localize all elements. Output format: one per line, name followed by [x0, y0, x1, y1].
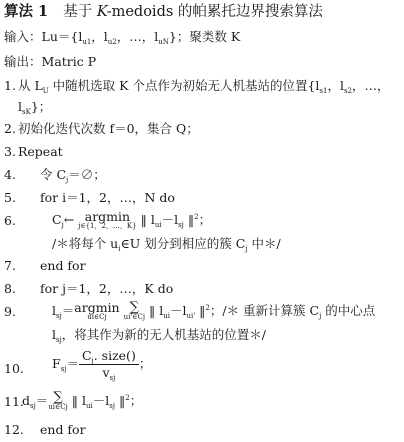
sub: sj: [109, 402, 115, 410]
sum-bottom: ui'∈Cj: [124, 313, 145, 321]
sub: uN: [158, 38, 169, 46]
step-text: for i＝1，2，…，N do: [40, 190, 175, 206]
denominator: vsj: [79, 365, 139, 381]
comment: ∈U 划分到相应的簇 C: [121, 236, 246, 251]
step-number: 5.: [4, 190, 16, 206]
sum-operator: ∑ui'∈Cj: [124, 302, 145, 321]
output-line: 输出：Matric P: [4, 54, 96, 70]
step-text: ‖ l: [141, 212, 155, 227]
step-number: 1.: [4, 78, 16, 94]
step-text: ‖ l: [149, 303, 163, 318]
input-text: ，…，l: [117, 29, 159, 44]
sum-operator: ∑ui∈Cj: [48, 392, 67, 411]
sub: ui: [163, 312, 170, 320]
step-text: ，l: [327, 78, 344, 93]
input-text: }；聚类数 K: [169, 29, 240, 44]
step-number: 12.: [4, 422, 24, 438]
numerator-text: . size(): [94, 348, 136, 363]
step-number: 6.: [4, 213, 16, 229]
step-number: 10.: [4, 361, 24, 377]
algorithm-title: 算法 1 基于 K-medoids 的帕累托边界搜索算法: [4, 4, 323, 20]
output-label: 输出：: [4, 54, 42, 69]
op-top: argmin: [74, 302, 119, 313]
sub: ui: [155, 221, 162, 229]
step-text: ；: [130, 393, 143, 408]
op-top: argmin: [78, 211, 136, 222]
numerator: Cj. size(): [79, 348, 139, 365]
step-text: 初始化迭代次数 f＝0，集合 Q；: [18, 121, 199, 137]
step-text: －l: [170, 303, 187, 318]
step-text: end for: [40, 258, 86, 274]
sub: sK: [22, 108, 31, 116]
sub: sj: [178, 221, 184, 229]
denominator-text: v: [102, 365, 109, 380]
op-bottom: j∈{1，2，…，K}: [78, 222, 136, 230]
argmin-operator: argminj∈{1，2，…，K}: [78, 211, 136, 230]
step-text: －l: [162, 212, 179, 227]
step-text: ，…，: [352, 78, 390, 93]
step-text: 从 L: [18, 78, 43, 93]
numerator-text: C: [82, 348, 92, 363]
step-text: ‖ l: [72, 393, 86, 408]
step-text: 中随机选取 K 个点作为初始无人机基站的位置{l: [49, 78, 320, 93]
sub: ui: [86, 402, 93, 410]
output-value: Matric P: [42, 54, 97, 69]
step-number: 7.: [4, 258, 16, 274]
step-text: ＝: [66, 356, 79, 371]
step-text: for j＝1，2，…，K do: [40, 281, 173, 297]
step-text: end for: [40, 422, 86, 438]
input-line: 输入：Lu＝{lu1，lu2，…，luN}；聚类数 K: [4, 29, 240, 45]
step-text: C: [52, 212, 62, 227]
step-text: ；: [199, 212, 212, 227]
step-number: 2.: [4, 121, 16, 137]
title-rest: medoids 的帕累托边界搜索算法: [112, 4, 323, 20]
step-text: F: [52, 356, 61, 371]
step-number: 4.: [4, 167, 16, 183]
sub: u2: [108, 38, 117, 46]
sub: ui': [186, 312, 195, 320]
step-text: ＝∅；: [68, 167, 106, 182]
step-text: ＝: [36, 393, 49, 408]
algorithm-label: 算法 1: [4, 3, 48, 20]
step-text: 令 C: [40, 167, 66, 182]
step-text: －l: [93, 393, 110, 408]
title-k: K-: [97, 4, 112, 20]
step-number: 9.: [4, 304, 16, 320]
sum-top: ∑: [124, 302, 145, 313]
sub: s2: [344, 87, 352, 95]
title-prefix: 基于: [63, 4, 92, 20]
step-text: }；: [31, 99, 51, 114]
step-text: ；: [210, 303, 223, 318]
step-text: d: [22, 393, 30, 408]
comment: ，将其作为新的无人机基站的位置＊/: [62, 327, 266, 342]
input-text: Lu＝{l: [42, 29, 83, 44]
sub: sj: [110, 374, 116, 382]
comment: 中＊/: [247, 236, 280, 251]
input-text: ，l: [91, 29, 108, 44]
input-label: 输入：: [4, 29, 42, 44]
step-text: Repeat: [18, 144, 63, 160]
step-number: 8.: [4, 281, 16, 297]
argmin-operator: argminui∈Cj: [74, 302, 119, 321]
step-number: 11.: [4, 394, 24, 410]
comment: /＊将每个 u: [52, 236, 118, 251]
fraction: Cj. size()vsj: [79, 348, 139, 381]
arrow: ←: [64, 212, 74, 227]
sum-top: ∑: [48, 392, 67, 403]
comment: /＊ 重新计算簇 C: [222, 303, 319, 318]
step-number: 3.: [4, 144, 16, 160]
step-text: ；: [139, 356, 152, 371]
comment: 的中心点: [321, 303, 375, 318]
sum-bottom: ui∈Cj: [48, 403, 67, 411]
step-text: ＝: [62, 303, 75, 318]
sub: u1: [82, 38, 91, 46]
